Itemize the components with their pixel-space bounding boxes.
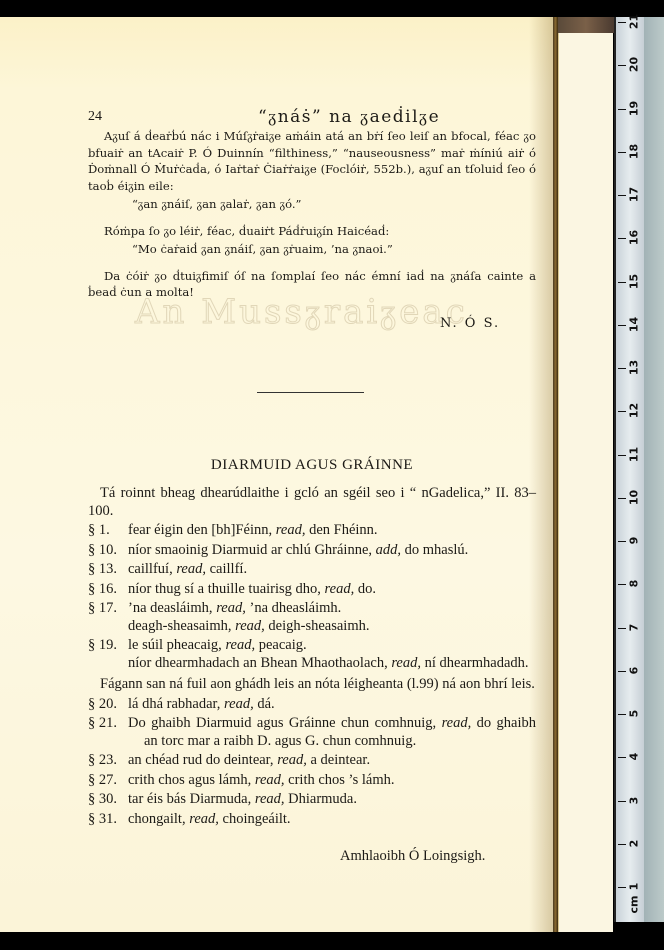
ruler-tick [618, 282, 626, 283]
section-number: § 16. [88, 581, 128, 599]
gaelic-article: Aᵹuſ á ḋeaṙḃú nác i Múſᵹṙaiᵹe aṁáin atá … [88, 128, 536, 301]
errata-correction: do mhaslú. [401, 542, 468, 558]
errata-line: an chéad rud do deintear, read, a deinte… [128, 752, 536, 770]
gaelic-paragraph: Róṁpa ſo ᵹo léiṙ, féac, ḋuaiṙt Páḋṙuiᵹín… [88, 223, 536, 240]
errata-text: níor smaoinig Diarmuid ar chlú Ghráinne,… [128, 542, 536, 560]
errata-entry: § 20.lá dhá rabhadar, read, dá. [88, 696, 536, 714]
errata-entry: § 19.le súil pheacaig, read, peacaig.nío… [88, 637, 536, 672]
errata-correction: a deintear. [307, 752, 370, 768]
section-number: § 20. [88, 696, 128, 714]
running-head-title: “ᵹnáṡ” na ᵹaeḋilᵹe [258, 107, 440, 127]
ruler-unit: cm [628, 898, 641, 914]
ruler-tick [618, 628, 626, 629]
running-header: 24 “ᵹnáṡ” na ᵹaeḋilᵹe [88, 109, 538, 129]
errata-entry: § 13.caillfuí, read, caillfí. [88, 561, 536, 579]
errata-correction: dá. [254, 696, 275, 712]
section-number: § 31. [88, 811, 128, 829]
errata-text: crith chos agus lámh, read, crith chos ’… [128, 772, 536, 790]
section-number: § 1. [88, 522, 128, 540]
errata-line: crith chos agus lámh, read, crith chos ’… [128, 772, 536, 790]
ruler-label: 19 [628, 100, 641, 116]
errata-original: crith chos agus lámh, [128, 772, 255, 788]
errata-correction: do. [354, 581, 376, 597]
errata-correction: ’na dheasláimh. [246, 600, 341, 616]
errata-entry: § 1.fear éigin den [bh]Féinn, read, den … [88, 522, 536, 540]
errata-keyword: read, [176, 561, 206, 577]
errata-correction: den Fhéinn. [305, 522, 377, 538]
errata-line: níor dhearmhadach an Bhean Mhaothaolach,… [128, 655, 536, 673]
errata-line: deagh-sheasaimh, read, deigh-sheasaimh. [128, 618, 536, 636]
section-title: DIARMUID AGUS GRÁINNE [88, 457, 536, 474]
errata-keyword: read, [277, 752, 307, 768]
errata-line: lá dhá rabhadar, read, dá. [128, 696, 536, 714]
errata-original: ’na deasláimh, [128, 600, 216, 616]
ruler-tick [618, 152, 626, 153]
errata-correction: ní dhearmhadadh. [421, 655, 529, 671]
ruler-label: 14 [628, 316, 641, 332]
next-page-edge [558, 33, 613, 932]
errata-original: chongailt, [128, 811, 189, 827]
ruler-tick [618, 801, 626, 802]
errata-entry: § 23.an chéad rud do deintear, read, a d… [88, 752, 536, 770]
errata-text: fear éigin den [bh]Féinn, read, den Fhéi… [128, 522, 536, 540]
ruler-label: 7 [628, 619, 641, 635]
errata-keyword: read, [235, 618, 265, 634]
ruler-tick [618, 584, 626, 585]
section-number: § 13. [88, 561, 128, 579]
errata-keyword: read, [255, 791, 285, 807]
ruler-label: 12 [628, 403, 641, 419]
errata-keyword: add, [376, 542, 401, 558]
ruler-label: 6 [628, 662, 641, 678]
ruler-label: 5 [628, 706, 641, 722]
ruler-tick [618, 65, 626, 66]
section-number: § 17. [88, 600, 128, 635]
errata-keyword: read, [276, 522, 306, 538]
errata-line: caillfuí, read, caillfí. [128, 561, 536, 579]
ruler-tick [618, 498, 626, 499]
errata-entry: § 21.Do ghaibh Diarmuid agus Gráinne chu… [88, 715, 536, 750]
section-number: § 23. [88, 752, 128, 770]
ruler-tick [618, 368, 626, 369]
ruler-tick [618, 238, 626, 239]
section-divider [257, 392, 364, 393]
errata-original: níor smaoinig Diarmuid ar chlú Ghráinne, [128, 542, 376, 558]
gaelic-paragraph: Aᵹuſ á ḋeaṙḃú nác i Múſᵹṙaiᵹe aṁáin atá … [88, 128, 536, 194]
errata-entry: § 27.crith chos agus lámh, read, crith c… [88, 772, 536, 790]
errata-original: an chéad rud do deintear, [128, 752, 277, 768]
errata-text: chongailt, read, choingeáilt. [128, 811, 536, 829]
ruler-tick [618, 757, 626, 758]
gaelic-quote: “Mo ċaṙaiḋ ᵹan ᵹnáiſ, ᵹan ᵹṙuaim, ’na ᵹn… [88, 241, 536, 258]
errata-correction: peacaig. [255, 637, 307, 653]
errata-text: le súil pheacaig, read, peacaig.níor dhe… [128, 637, 536, 672]
errata-keyword: read, [255, 772, 285, 788]
section-number: § 30. [88, 791, 128, 809]
errata-original: níor thug sí a thuille tuairisg dho, [128, 581, 325, 597]
section-number: § 10. [88, 542, 128, 560]
errata-line: tar éis bás Diarmuda, read, Dhiarmuda. [128, 791, 536, 809]
errata-line: níor thug sí a thuille tuairisg dho, rea… [128, 581, 536, 599]
errata-keyword: read, [442, 715, 472, 731]
ruler-label: 9 [628, 533, 641, 549]
ruler-tick [618, 887, 626, 888]
intro-paragraph: Tá roinnt bheag dhearúdlaithe i gcló an … [88, 485, 536, 520]
errata-line: chongailt, read, choingeáilt. [128, 811, 536, 829]
ruler-label: 3 [628, 792, 641, 808]
errata-text: tar éis bás Diarmuda, read, Dhiarmuda. [128, 791, 536, 809]
ruler-label: 15 [628, 273, 641, 289]
ruler-label: 13 [628, 360, 641, 376]
ruler-label: 20 [628, 57, 641, 73]
ruler-tick [618, 411, 626, 412]
errata-text: Do ghaibh Diarmuid agus Gráinne chun com… [128, 715, 536, 750]
author-signature: Amhlaoibh Ó Loingsigh. [340, 848, 485, 865]
page-number: 24 [88, 109, 102, 125]
ruler-tick [618, 109, 626, 110]
ruler-tick [618, 455, 626, 456]
section-number: § 19. [88, 637, 128, 672]
ruler-label: 1 [628, 879, 641, 895]
ruler-tick [618, 325, 626, 326]
errata-line: Do ghaibh Diarmuid agus Gráinne chun com… [128, 715, 536, 750]
ruler-label: 4 [628, 749, 641, 765]
errata-line: ’na deasláimh, read, ’na dheasláimh. [128, 600, 536, 618]
errata-text: níor thug sí a thuille tuairisg dho, rea… [128, 581, 536, 599]
gaelic-quote: “ᵹan ᵹnáiſ, ᵹan ᵹalaṙ, ᵹan ᵹó.” [88, 196, 536, 213]
errata-correction: caillfí. [206, 561, 247, 577]
errata-text: an chéad rud do deintear, read, a deinte… [128, 752, 536, 770]
ruler-tick [618, 195, 626, 196]
errata-correction: Dhiarmuda. [285, 791, 357, 807]
errata-entry: § 10.níor smaoinig Diarmuid ar chlú Ghrá… [88, 542, 536, 560]
errata-keyword: read, [391, 655, 421, 671]
ruler-label: 21 [628, 14, 641, 30]
errata-original: deagh-sheasaimh, [128, 618, 235, 634]
ruler-tick [618, 541, 626, 542]
errata-line: le súil pheacaig, read, peacaig. [128, 637, 536, 655]
errata-text: lá dhá rabhadar, read, dá. [128, 696, 536, 714]
errata-keyword: read, [325, 581, 355, 597]
book-cover-edge [558, 17, 614, 33]
ruler-label: 11 [628, 446, 641, 462]
errata-correction: choingeáilt. [219, 811, 291, 827]
errata-entry: § 16.níor thug sí a thuille tuairisg dho… [88, 581, 536, 599]
ruler-label: 18 [628, 143, 641, 159]
errata-original: níor dhearmhadach an Bhean Mhaothaolach, [128, 655, 391, 671]
errata-correction: crith chos ’s lámh. [285, 772, 395, 788]
errata-line: fear éigin den [bh]Féinn, read, den Fhéi… [128, 522, 536, 540]
errata-original: fear éigin den [bh]Féinn, [128, 522, 276, 538]
ruler-label: 8 [628, 576, 641, 592]
section-number: § 27. [88, 772, 128, 790]
middle-paragraph: Fágann san ná fuil aon ghádh leis an nót… [88, 676, 536, 694]
errata-original: Do ghaibh Diarmuid agus Gráinne chun com… [128, 715, 442, 731]
article-signature: N. Ó S. [440, 316, 500, 331]
errata-line: níor smaoinig Diarmuid ar chlú Ghráinne,… [128, 542, 536, 560]
watermark: An Mussᵹraiᵹeac [135, 292, 468, 332]
ruler-label: 2 [628, 835, 641, 851]
errata-text: ’na deasláimh, read, ’na dheasláimh.deag… [128, 600, 536, 635]
errata-list: § 1.fear éigin den [bh]Féinn, read, den … [88, 522, 536, 672]
errata-keyword: read, [224, 696, 254, 712]
errata-list: § 20.lá dhá rabhadar, read, dá.§ 21.Do g… [88, 696, 536, 829]
errata-correction: deigh-sheasaimh. [265, 618, 370, 634]
errata-entry: § 31.chongailt, read, choingeáilt. [88, 811, 536, 829]
section-number: § 21. [88, 715, 128, 750]
errata-original: lá dhá rabhadar, [128, 696, 224, 712]
errata-body: Tá roinnt bheag dhearúdlaithe i gcló an … [88, 485, 536, 828]
ruler-tick [618, 671, 626, 672]
cm-ruler: 123456789101112131415161718192021cm [614, 17, 644, 922]
ruler-label: 17 [628, 187, 641, 203]
ruler-tick [618, 714, 626, 715]
errata-entry: § 30.tar éis bás Diarmuda, read, Dhiarmu… [88, 791, 536, 809]
errata-text: caillfuí, read, caillfí. [128, 561, 536, 579]
errata-keyword: read, [225, 637, 255, 653]
ruler-bevel [642, 17, 664, 922]
errata-original: tar éis bás Diarmuda, [128, 791, 255, 807]
errata-keyword: read, [189, 811, 219, 827]
ruler-tick [618, 844, 626, 845]
ruler-tick [618, 22, 626, 23]
errata-keyword: read, [216, 600, 246, 616]
ruler-label: 16 [628, 230, 641, 246]
errata-original: le súil pheacaig, [128, 637, 225, 653]
ruler-label: 10 [628, 489, 641, 505]
errata-entry: § 17.’na deasláimh, read, ’na dheasláimh… [88, 600, 536, 635]
errata-original: caillfuí, [128, 561, 176, 577]
